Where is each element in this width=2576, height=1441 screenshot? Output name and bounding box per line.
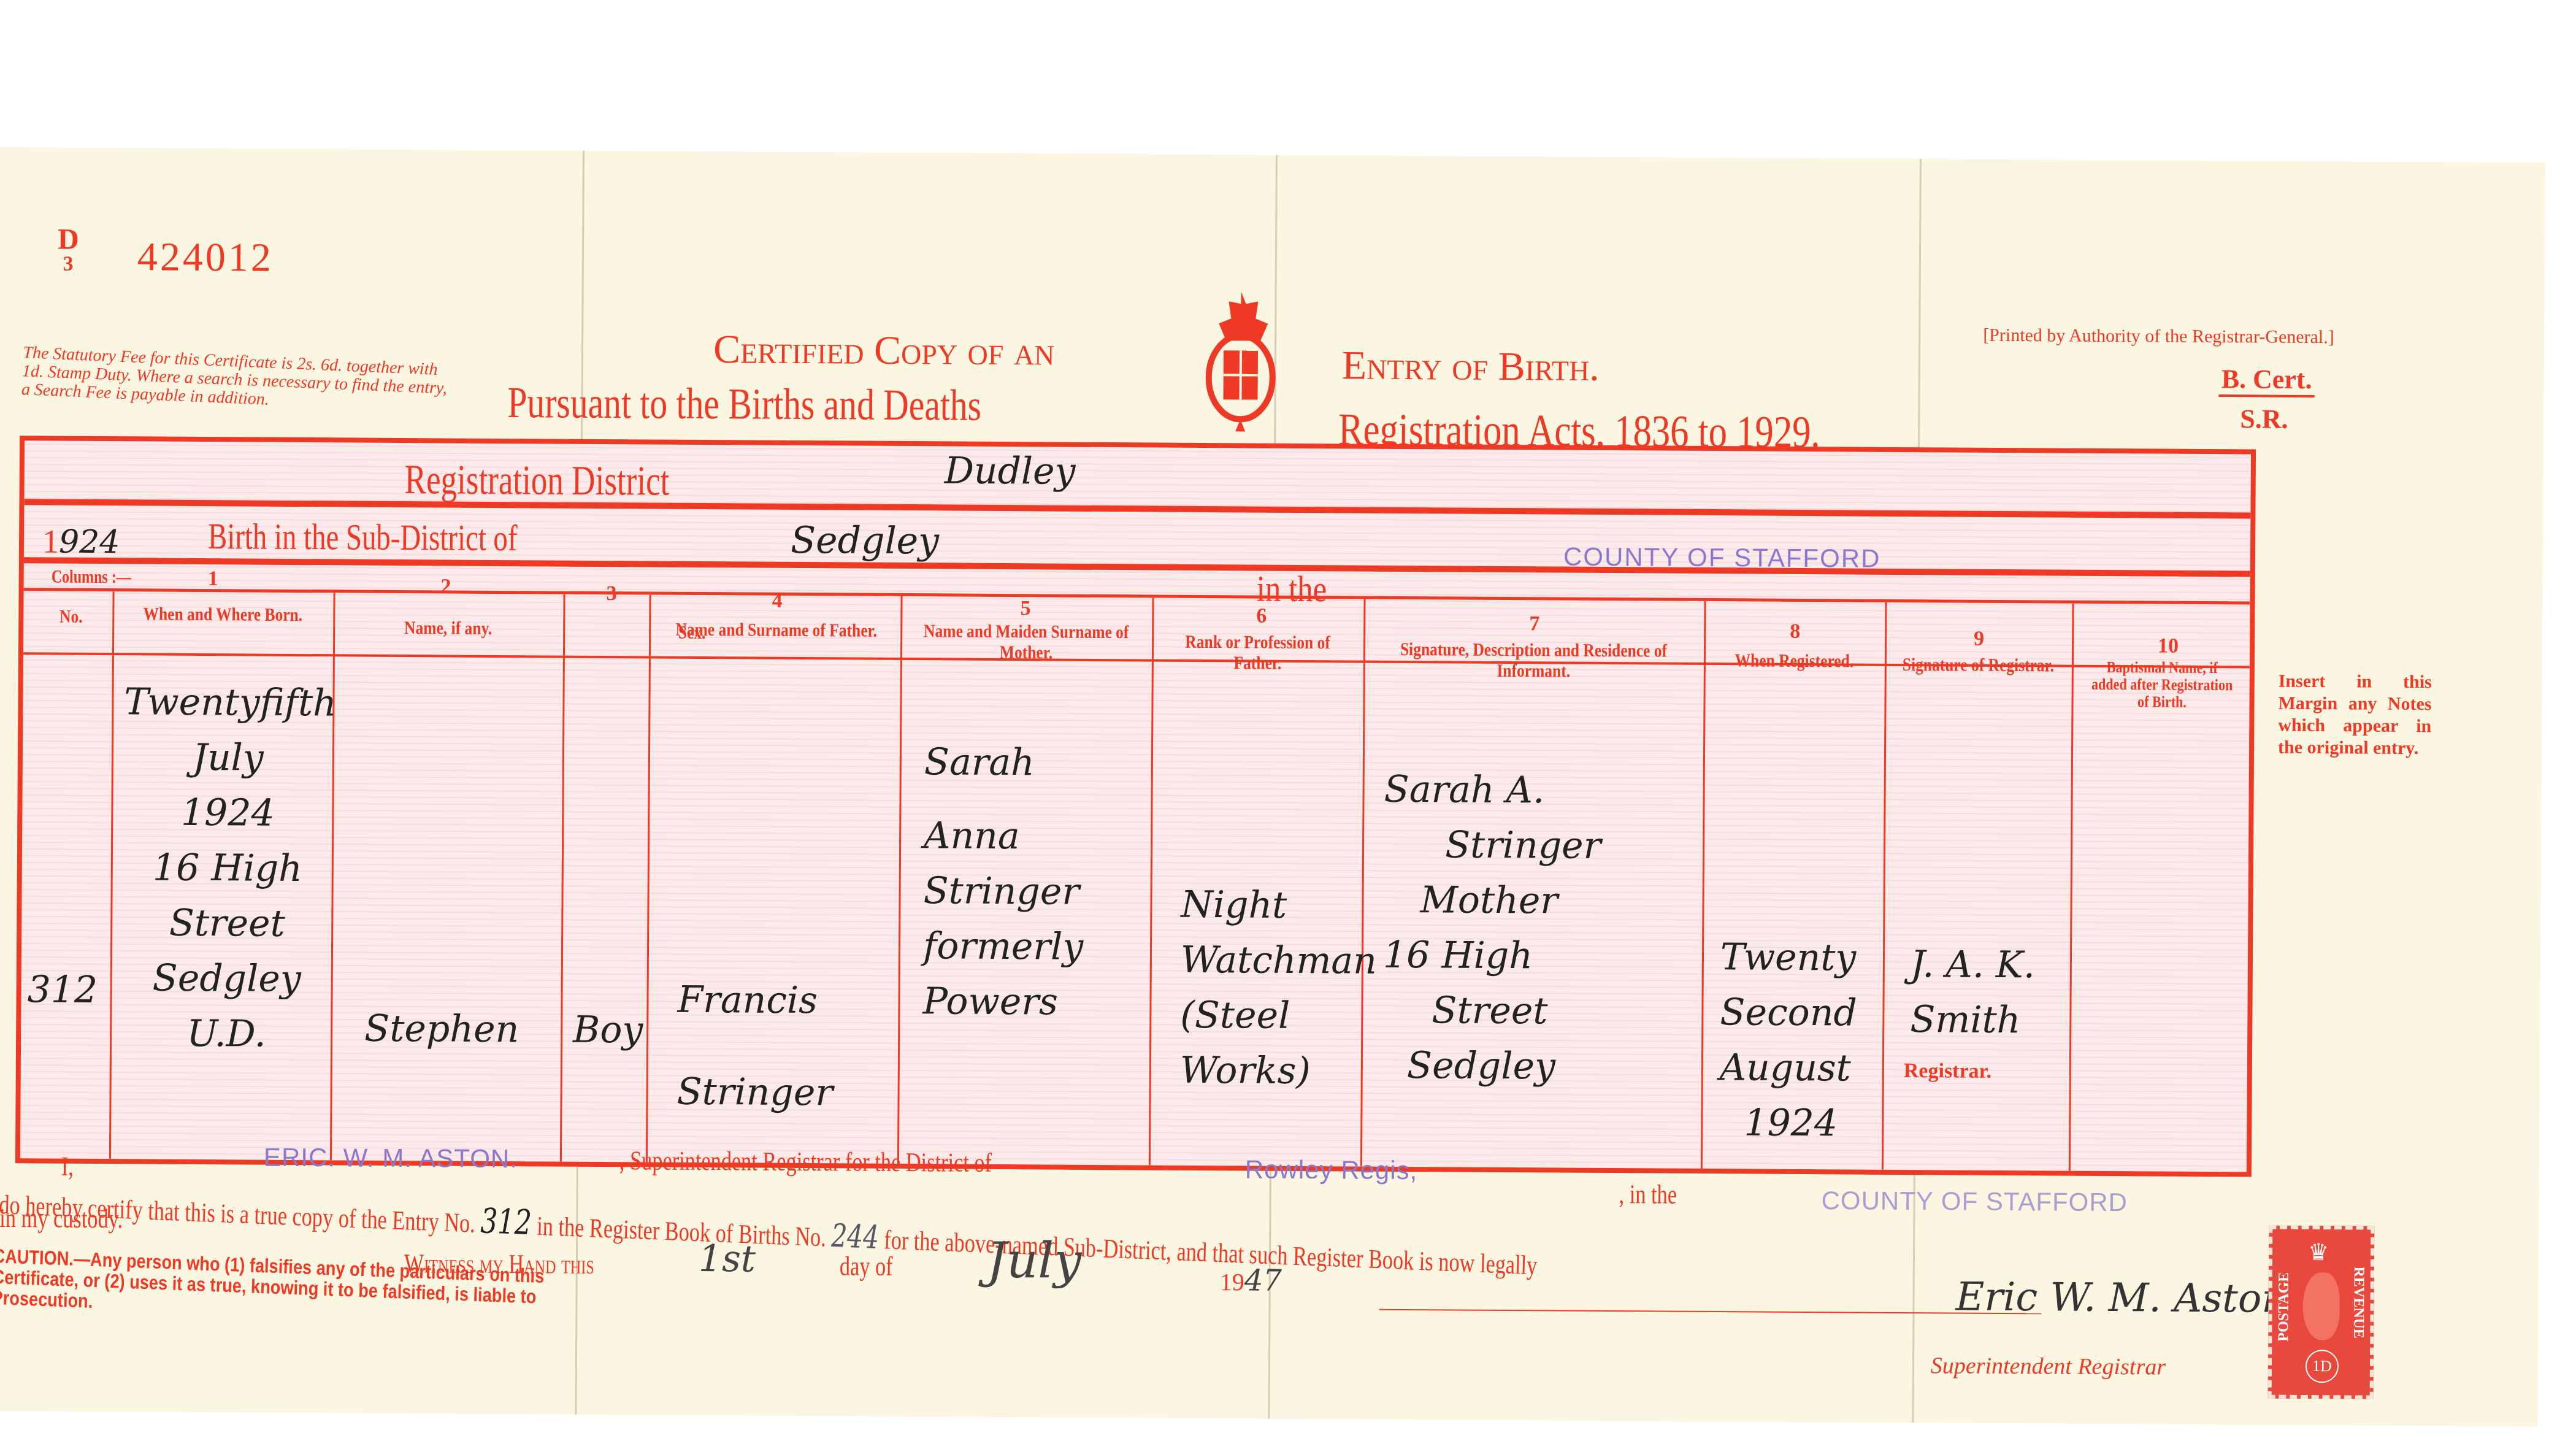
county-stamp: COUNTY OF STAFFORD (1563, 542, 1881, 574)
cert-line3: in my custody. (0, 1202, 123, 1234)
margin-note: Insert in this Margin any Notes which ap… (2278, 671, 2432, 760)
form-code-sr: S.R. (2240, 403, 2288, 434)
postage-stamp: ♛ POSTAGE REVENUE 1D (2268, 1226, 2375, 1399)
signature-label: Superintendent Registrar (1931, 1352, 2166, 1380)
column-number: 1 (208, 567, 218, 591)
column-number: 10 (2158, 635, 2179, 658)
entry-child-name: Stephen (364, 1001, 519, 1058)
printed-by-authority: [Printed by Authority of the Registrar-G… (1983, 325, 2334, 348)
cert-line2-c: for the above-named Sub-District, and th… (884, 1224, 1538, 1280)
entry-when-registered: Twenty Second August 1924 (1719, 929, 1892, 1151)
profession-line: (Steel (1180, 988, 1395, 1044)
entry-father-profession: Night Watchman (Steel Works) (1180, 877, 1396, 1099)
entry-informant: Sarah A. Stringer Mother 16 High Street … (1382, 762, 1691, 1095)
witness-year-suffix: 47 (1244, 1263, 1282, 1297)
crown-icon: ♛ (2308, 1239, 2329, 1266)
sub-district-value: Sedgley (791, 513, 940, 569)
sub-district-label: Birth in the Sub-District of (208, 515, 518, 559)
column-number: 5 (1020, 597, 1030, 620)
informant-surname: Stringer (1384, 817, 1691, 874)
witness-day: 1st (699, 1231, 756, 1287)
column-divider (1701, 601, 1706, 1169)
year-prefix: 1924 (42, 514, 120, 570)
column-number: 3 (606, 582, 616, 605)
year-handwritten: 924 (59, 524, 120, 561)
father-surname: Stringer (677, 1064, 898, 1121)
informant-name: Sarah A. (1384, 762, 1691, 819)
registered-day-2: Second (1720, 985, 1892, 1041)
royal-crest-icon (1203, 286, 1278, 434)
witness-month: July (987, 1233, 1082, 1289)
column-header-father: Name and Surname of Father. (673, 620, 880, 642)
profession-line: Night (1181, 877, 1396, 934)
title-entry-of-birth: Entry of Birth. (1342, 342, 1600, 391)
mother-middle-name: Anna (924, 808, 1145, 864)
mother-maiden-surname: Powers (922, 974, 1144, 1030)
informant-address-line1: 16 High (1383, 928, 1690, 985)
mother-formerly: formerly (923, 918, 1144, 975)
birth-address-line1: 16 High (123, 840, 332, 896)
informant-address-line2: Street (1382, 983, 1690, 1040)
entry-sex: Boy (573, 1002, 643, 1058)
birth-day: Twentyfifth (124, 674, 333, 731)
column-header-mother: Name and Maiden Surname of Mother. (922, 621, 1130, 664)
birth-address-line2: Street (123, 895, 332, 951)
informant-address-line3: Sedgley (1382, 1038, 1690, 1095)
title-certified-copy: Certified Copy of an (713, 326, 1055, 375)
signature-line (1379, 1309, 2041, 1315)
column-number: 8 (1790, 620, 1800, 644)
witness-year: 1947 (1219, 1253, 1282, 1308)
informant-description: Mother (1383, 872, 1690, 929)
profession-line: Watchman (1181, 932, 1396, 989)
registration-district-label: Registration District (404, 455, 669, 505)
registrar-surname: Smith (1910, 992, 2095, 1048)
column-header-father-profession: Rank or Profession of Father. (1170, 632, 1345, 675)
county-stamp-bottom: COUNTY OF STAFFORD (1821, 1186, 2128, 1217)
registered-month: August (1720, 1040, 1892, 1096)
register-entry-table: Registration District Dudley 1924 Birth … (15, 436, 2256, 1177)
registrar-name-stamp: ERIC. W. M. ASTON. (264, 1143, 518, 1174)
column-divider (560, 594, 565, 1162)
in-the-label: in the (1256, 568, 1327, 611)
column-number: 2 (441, 575, 451, 598)
entry-number: 312 (27, 962, 98, 1018)
serial-number: 424012 (137, 234, 274, 281)
column-divider (2069, 604, 2074, 1171)
column-divider (897, 596, 903, 1164)
cert-in-the-label: , in the (1619, 1178, 1677, 1210)
entry-mother-name: Sarah Anna Stringer formerly Powers (922, 734, 1145, 1030)
column-divider (646, 594, 651, 1162)
column-header-when-registered: When Registered. (1720, 650, 1868, 672)
registration-district-value: Dudley (945, 443, 1076, 499)
father-forename: Francis (677, 972, 899, 1029)
entry-father-name: Francis Stringer (677, 972, 898, 1121)
birth-month: July (124, 729, 333, 786)
column-header-informant: Signature, Description and Residence of … (1392, 639, 1676, 683)
registrar-label: Registrar. (1904, 1059, 1991, 1083)
column-header-name: Name, if any. (353, 618, 543, 640)
registered-year: 1924 (1719, 1095, 1892, 1151)
entry-registrar-signature: J. A. K. Smith (1910, 937, 2095, 1048)
day-of-label: day of (840, 1250, 893, 1282)
registrar-initials: J. A. K. (1911, 937, 2095, 993)
birth-address-line4: U.D. (122, 1005, 331, 1062)
cert-entry-no: 312 (480, 1201, 532, 1243)
stamp-revenue-text: REVENUE (2350, 1266, 2367, 1339)
column-divider (1149, 598, 1154, 1165)
district-name-stamp: Rowley Regis, (1245, 1155, 1418, 1185)
stamp-postage-text: POSTAGE (2275, 1272, 2293, 1342)
column-header-registrar-signature: Signature of Registrar. (1901, 655, 2055, 677)
birth-year: 1924 (123, 785, 332, 841)
divider (24, 588, 2250, 604)
column-number: 4 (772, 590, 782, 613)
entry-when-where-born: Twentyfifth July 1924 16 High Street Sed… (122, 674, 333, 1062)
column-header-no: No. (36, 606, 106, 628)
column-divider (109, 591, 115, 1159)
serial-prefix-letter: D (58, 228, 79, 252)
cert-supt-label: , Superintendent Registrar for the Distr… (619, 1145, 992, 1178)
column-number: 6 (1256, 605, 1267, 628)
column-number: 7 (1529, 612, 1539, 636)
column-header-baptismal-name: Baptismal Name, if added after Registrat… (2088, 659, 2237, 711)
year-prefix-digit: 1 (42, 523, 59, 559)
columns-label: Columns :— (52, 567, 131, 588)
fee-note: The Statutory Fee for this Certificate i… (21, 344, 458, 417)
column-header-when-where-born: When and Where Born. (131, 604, 314, 626)
form-code-b-cert: B. Cert. (2219, 363, 2315, 398)
serial-prefix: D 3 (58, 228, 79, 277)
stamp-value: 1D (2306, 1350, 2339, 1383)
profession-line: Works) (1180, 1043, 1395, 1099)
registered-day-1: Twenty (1720, 929, 1893, 986)
witness-year-prefix: 19 (1220, 1268, 1244, 1296)
column-number: 9 (1974, 628, 1984, 651)
mother-forename: Sarah (924, 734, 1146, 791)
birth-address-line3: Sedgley (122, 950, 331, 1007)
title-pursuant: Pursuant to the Births and Deaths (507, 377, 981, 431)
king-portrait-icon (2302, 1272, 2340, 1340)
divider (24, 557, 2250, 577)
birth-certificate: D 3 424012 The Statutory Fee for this Ce… (0, 147, 2545, 1426)
mother-surname: Stringer (923, 863, 1144, 920)
cert-line2-b: in the Register Book of Births No. (537, 1211, 827, 1253)
superintendent-signature: Eric W. M. Aston (1955, 1270, 2287, 1327)
